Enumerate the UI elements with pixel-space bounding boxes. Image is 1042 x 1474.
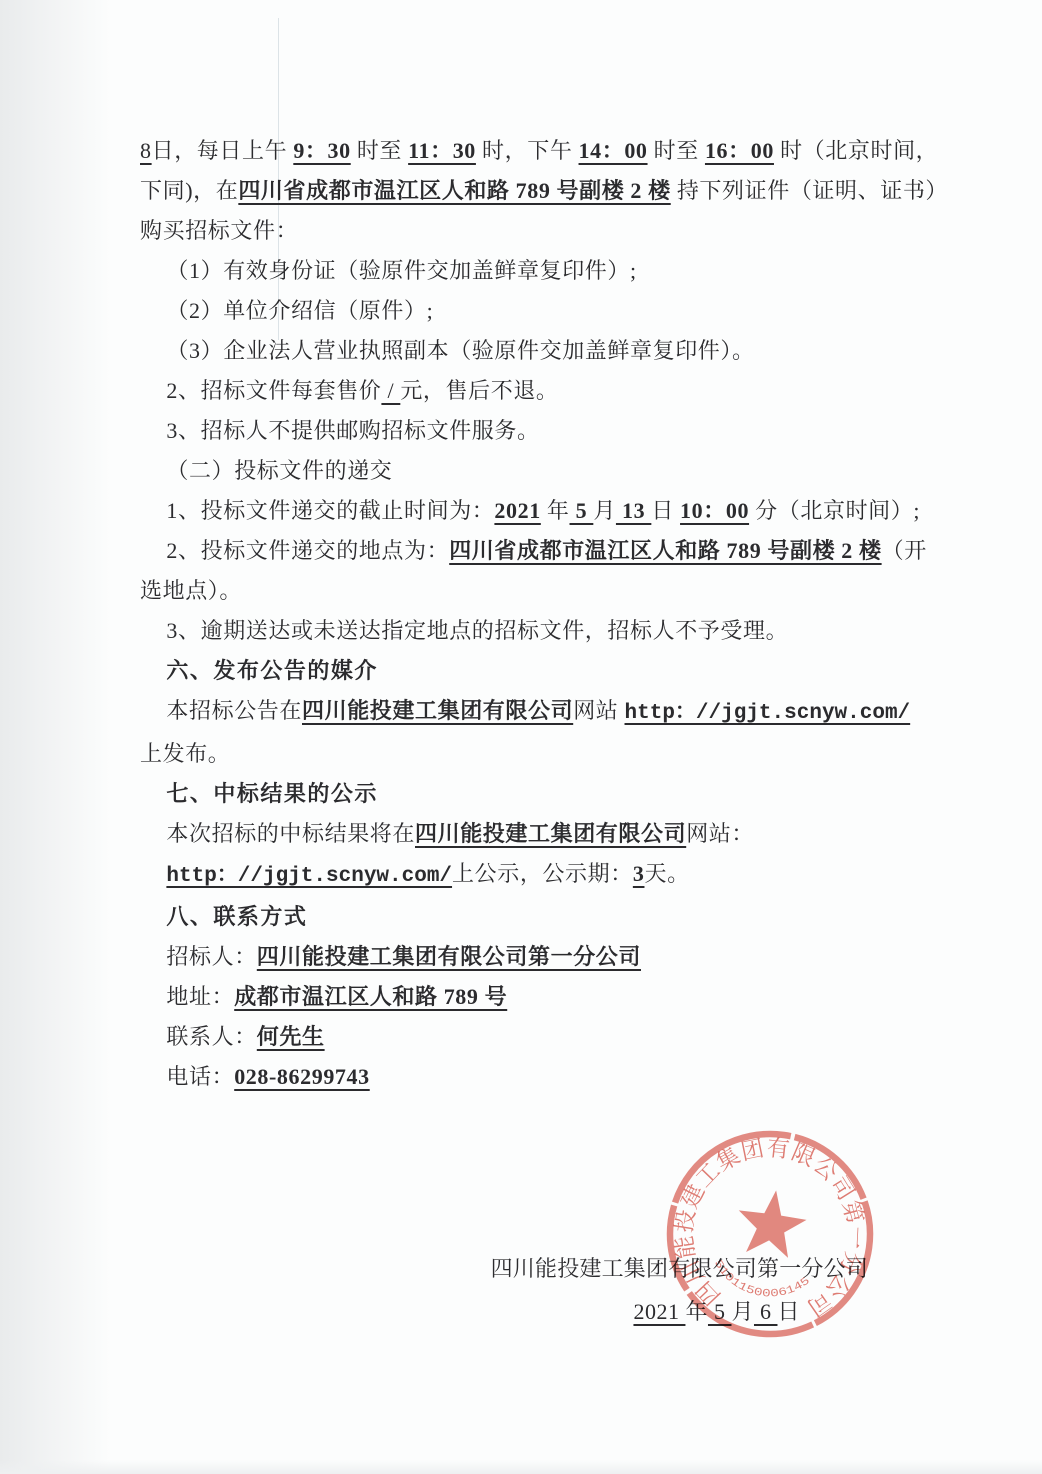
text-run: 16：00 xyxy=(705,138,774,163)
text-run: 月 xyxy=(593,498,616,523)
text-run: 四川能投建工集团有限公司第一分公司 xyxy=(257,944,641,969)
text-run: 日，每日上午 xyxy=(152,138,294,163)
text-run: 招标人： xyxy=(166,944,256,969)
paragraph-no-mail-service: 3、招标人不提供邮购招标文件服务。 xyxy=(140,411,880,451)
text-run: 11：30 xyxy=(408,138,476,163)
text-run: （2）单位介绍信（原件）; xyxy=(166,298,433,323)
text-run: 时至 xyxy=(648,138,705,163)
text-run: 13 xyxy=(616,498,651,523)
text-run: 四川省成都市温江区人和路 789 号副楼 2 楼 xyxy=(449,538,881,563)
text-run: 2、投标文件递交的地点为： xyxy=(166,538,449,563)
text-run: 2、招标文件每套售价 xyxy=(166,378,381,403)
paragraph-late-delivery: 3、逾期送达或未送达指定地点的招标文件，招标人不予受理。 xyxy=(140,611,880,651)
text-run: 持下列证件（证明、证书） xyxy=(671,178,948,203)
paragraph-submit-place-line2: 选地点）。 xyxy=(140,571,880,611)
text-run: 3、招标人不提供邮购招标文件服务。 xyxy=(166,418,539,443)
text-run: http：//jgjt.scnyw.com/ xyxy=(625,702,911,725)
seal-group: 四川能投建工集团有限公司第一分公司 5101150006145 xyxy=(657,1121,883,1347)
document-body: 8日，每日上午 9：30 时至 11：30 时，下午 14：00 时至 16：0… xyxy=(140,131,880,1097)
text-run: （3）企业法人营业执照副本（验原件交加盖鲜章复印件）。 xyxy=(166,338,754,363)
text-run: （二）投标文件的递交 xyxy=(166,458,392,483)
text-run: 四川能投建工集团有限公司 xyxy=(415,821,686,846)
text-run: 四川能投建工集团有限公司 xyxy=(302,698,573,723)
text-run: 本次招标的中标结果将在 xyxy=(166,821,415,846)
paragraph-purchase-time-line3: 购买招标文件： xyxy=(140,211,880,251)
scan-edge-shadow xyxy=(0,0,130,1474)
text-run: 10：00 xyxy=(680,498,749,523)
text-run: 选地点）。 xyxy=(140,578,242,603)
text-run: 电话： xyxy=(166,1064,234,1089)
paragraph-announce-media-line1: 本招标公告在四川能投建工集团有限公司网站 http：//jgjt.scnyw.c… xyxy=(140,691,880,734)
text-run: 网站 xyxy=(573,698,624,723)
paragraph-contact-address: 地址：成都市温江区人和路 789 号 xyxy=(140,977,880,1017)
text-run: 时（北京时间， xyxy=(774,138,938,163)
text-run: 日 xyxy=(651,498,680,523)
text-run: 四川省成都市温江区人和路 789 号副楼 2 楼 xyxy=(238,178,670,203)
text-run: （1）有效身份证（验原件交加盖鲜章复印件）; xyxy=(166,258,636,283)
seal-star-icon xyxy=(733,1186,810,1260)
paragraph-contact-phone: 电话：028-86299743 xyxy=(140,1057,880,1097)
text-run: 9：30 xyxy=(293,138,350,163)
text-run: 2021 xyxy=(494,498,540,523)
company-seal-stamp: 四川能投建工集团有限公司第一分公司 5101150006145 xyxy=(650,1114,890,1354)
text-run: / xyxy=(381,378,400,403)
paragraph-section-2-submission: （二）投标文件的递交 xyxy=(140,451,880,491)
text-run: 3 xyxy=(633,861,645,886)
paragraph-purchase-time-line2: 下同)，在四川省成都市温江区人和路 789 号副楼 2 楼 持下列证件（证明、证… xyxy=(140,171,880,211)
text-run: 成都市温江区人和路 789 号 xyxy=(234,984,507,1009)
text-run: 时，下午 xyxy=(476,138,579,163)
paragraph-deadline-line: 1、投标文件递交的截止时间为：2021 年 5 月 13 日 10：00 分（北… xyxy=(140,491,880,531)
text-run: 本招标公告在 xyxy=(166,698,302,723)
text-run: 14：00 xyxy=(579,138,648,163)
text-run: 六、发布公告的媒介 xyxy=(166,658,378,683)
paragraph-cert-item-1: （1）有效身份证（验原件交加盖鲜章复印件）; xyxy=(140,251,880,291)
text-run: 3、逾期送达或未送达指定地点的招标文件，招标人不予受理。 xyxy=(166,618,788,643)
text-run: 网站： xyxy=(686,821,754,846)
paragraph-section-7-heading: 七、中标结果的公示 xyxy=(140,774,880,814)
paragraph-purchase-time-line1: 8日，每日上午 9：30 时至 11：30 时，下午 14：00 时至 16：0… xyxy=(140,131,880,171)
paragraph-contact-person: 联系人：何先生 xyxy=(140,1017,880,1057)
text-run: 028-86299743 xyxy=(234,1064,370,1089)
paragraph-submit-place-line1: 2、投标文件递交的地点为：四川省成都市温江区人和路 789 号副楼 2 楼（开 xyxy=(140,531,880,571)
text-run: 1、投标文件递交的截止时间为： xyxy=(166,498,494,523)
paragraph-cert-item-3: （3）企业法人营业执照副本（验原件交加盖鲜章复印件）。 xyxy=(140,331,880,371)
text-run: 七、中标结果的公示 xyxy=(166,781,378,806)
text-run: 八、联系方式 xyxy=(166,904,307,929)
text-run: 购买招标文件： xyxy=(140,218,298,243)
seal-number: 5101150006145 xyxy=(707,1257,815,1307)
paragraph-result-publish-line1: 本次招标的中标结果将在四川能投建工集团有限公司网站： xyxy=(140,814,880,854)
paragraph-announce-media-line2: 上发布。 xyxy=(140,734,880,774)
text-run: 元，售后不退。 xyxy=(400,378,558,403)
text-run: 联系人： xyxy=(166,1024,256,1049)
paragraph-contact-tenderer: 招标人：四川能投建工集团有限公司第一分公司 xyxy=(140,937,880,977)
text-run: 下同)，在 xyxy=(140,178,238,203)
text-run: 年 xyxy=(541,498,570,523)
paragraph-doc-price: 2、招标文件每套售价 / 元，售后不退。 xyxy=(140,371,880,411)
paragraph-section-6-heading: 六、发布公告的媒介 xyxy=(140,651,880,691)
text-run: 时至 xyxy=(351,138,408,163)
text-run: http：//jgjt.scnyw.com/ xyxy=(166,865,452,888)
paragraph-cert-item-2: （2）单位介绍信（原件）; xyxy=(140,291,880,331)
paragraph-section-8-heading: 八、联系方式 xyxy=(140,897,880,937)
text-run: 上公示，公示期： xyxy=(452,861,633,886)
text-run: 上发布。 xyxy=(140,741,230,766)
text-run: （开 xyxy=(882,538,927,563)
text-run: 分（北京时间）; xyxy=(749,498,920,523)
text-run: 8 xyxy=(140,138,152,163)
text-run: 天。 xyxy=(644,861,689,886)
paragraph-result-publish-line2: http：//jgjt.scnyw.com/上公示，公示期：3天。 xyxy=(140,854,880,897)
text-run: 地址： xyxy=(166,984,234,1009)
text-run: 何先生 xyxy=(257,1024,325,1049)
scan-bottom-shadow xyxy=(0,1460,1042,1474)
text-run: 5 xyxy=(570,498,594,523)
